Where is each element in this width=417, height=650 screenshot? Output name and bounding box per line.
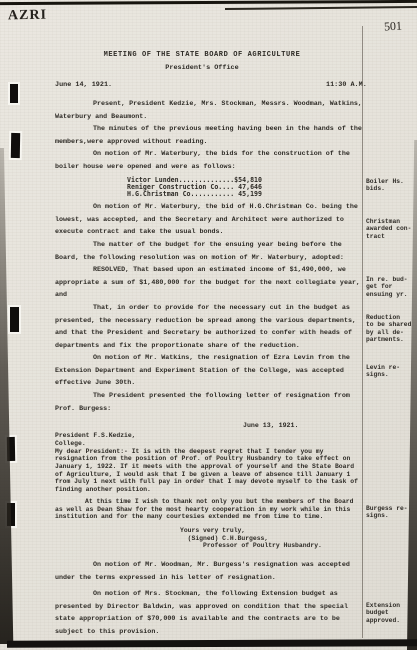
margin-note-burgess-resigns: Burgess re- signs. <box>366 505 413 520</box>
paragraph-minutes: The minutes of the previous meeting havi… <box>55 123 363 148</box>
margin-note-christman-award: Christman awarded con- tract <box>366 218 413 240</box>
letter-body-1: My dear President:- It is with the deepe… <box>55 448 363 494</box>
margin-note-levin-resigns: Levin re- signs. <box>366 364 413 379</box>
paragraph-woodman: On motion of Mr. Woodman, Mr. Burgess's … <box>55 559 363 584</box>
archive-stamp: AZRI <box>8 8 47 25</box>
margin-note-budget: In re. bud- get for ensuing yr. <box>366 276 413 298</box>
margin-rule-line <box>362 26 363 638</box>
meeting-title: MEETING OF THE STATE BOARD OF AGRICULTUR… <box>42 51 362 59</box>
paragraph-reduction: That, in order to provide for the necess… <box>55 302 363 352</box>
scanned-minutes-page: AZRI 501 MEETING OF THE STATE BOARD OF A… <box>0 0 417 650</box>
paragraph-budget: The matter of the budget for the ensuing… <box>55 239 363 264</box>
paragraph-resolved: RESOLVED, That based upon an estimated i… <box>55 264 363 302</box>
bid-list: Victor Lunden..............$54,810 Renig… <box>127 177 363 199</box>
margin-note-boiler-bids: Boiler Hs. bids. <box>366 178 413 193</box>
meeting-date: June 14, 1921. <box>55 81 112 89</box>
paragraph-present: Present, President Kedzie, Mrs. Stockman… <box>55 98 363 123</box>
paragraph-letter-intro: The President presented the following le… <box>55 390 363 415</box>
office-subtitle: President's Office <box>42 64 362 72</box>
scan-top-border-secondary <box>225 6 417 10</box>
letter-body-2: At this time I wish to thank not only yo… <box>55 498 363 521</box>
minutes-body: Present, President Kedzie, Mrs. Stockman… <box>55 98 363 639</box>
scan-bottom-border <box>7 639 417 647</box>
scan-top-border <box>0 0 417 5</box>
paragraph-levin: On motion of Mr. Watkins, the resignatio… <box>55 352 363 390</box>
paragraph-bids-intro: On motion of Mr. Waterbury, the bids for… <box>55 148 363 173</box>
paragraph-stockman: On motion of Mrs. Stockman, the followin… <box>55 588 363 638</box>
letter-address: President F.S.Kedzie, College. <box>55 432 363 447</box>
binding-tape-mark <box>10 84 18 103</box>
letter-closing: Yours very truly, (Signed) C.H.Burgess, … <box>180 527 363 550</box>
page-number: 501 <box>384 19 403 35</box>
meeting-time: 11:30 A.M. <box>326 81 367 89</box>
scan-left-edge-shadow <box>0 148 14 644</box>
scan-right-edge-shadow <box>407 140 417 650</box>
letter-date: June 13, 1921. <box>243 422 363 429</box>
binding-tape-mark <box>10 307 19 332</box>
paragraph-bid-award: On motion of Mr. Waterbury, the bid of H… <box>55 201 363 239</box>
margin-note-extension-budget: Extension budget approved. <box>366 602 413 624</box>
binding-tape-mark <box>11 133 20 158</box>
margin-note-reduction: Reduction to be shared by all de- partme… <box>366 314 413 344</box>
